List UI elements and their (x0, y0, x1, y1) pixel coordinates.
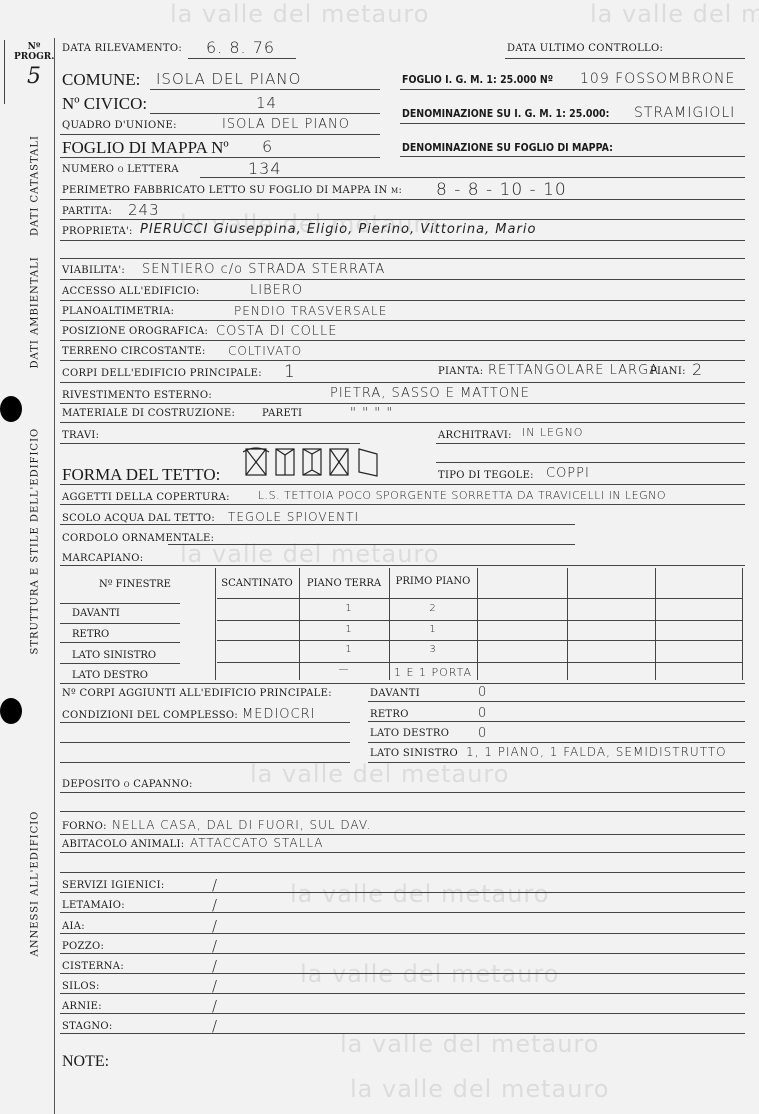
binder-hole (0, 698, 22, 724)
corpi-label: CORPI DELL'EDIFICIO PRINCIPALE: (62, 368, 262, 379)
underline (436, 462, 745, 463)
data-ultimo-controllo-label: DATA ULTIMO CONTROLLO: (507, 43, 663, 54)
underline (150, 89, 380, 90)
underline (150, 113, 380, 114)
annesso-label: STAGNO: (62, 1021, 113, 1032)
aggiunti-retro-label: RETRO (370, 709, 409, 720)
rivestimento-value[interactable]: PIETRA, SASSO E MATTONE (330, 386, 530, 401)
forma-tetto-label: FORMA DEL TETTO: (62, 465, 220, 485)
scolo-value[interactable]: TEGOLE SPIOVENTI (228, 510, 359, 524)
terreno-value[interactable]: COLTIVATO (228, 344, 302, 358)
denom-igm-label: DENOMINAZIONE SU I. G. M. 1: 25.000: (402, 108, 609, 120)
pianta-value[interactable]: RETTANGOLARE LARGA (488, 363, 659, 378)
materiale-label: MATERIALE DI COSTRUZIONE: (62, 408, 235, 419)
section-dati-ambientali: DATI AMBIENTALI (30, 259, 41, 369)
underline (60, 403, 745, 404)
underline (60, 443, 360, 444)
civico-label: Nº CIVICO: (62, 94, 147, 114)
underline (60, 565, 745, 566)
underline (400, 89, 745, 90)
sinistro-primo-piano[interactable]: 3 (389, 644, 477, 655)
row-label-lato-destro: LATO DESTRO (72, 670, 148, 681)
aggiunti-sinistro-value[interactable]: 1, 1 PIANO, 1 FALDA, SEMIDISTRUTTO (466, 745, 727, 759)
annesso-label: ARNIE: (62, 1001, 102, 1012)
section-struttura: STRUTTURA E STILE DELL'EDIFICIO (30, 433, 41, 655)
underline (60, 157, 380, 158)
destro-piano-terra[interactable]: — (299, 664, 389, 675)
condizioni-value[interactable]: MEDIOCRI (242, 707, 315, 722)
note-label: NOTE: (62, 1053, 109, 1071)
progr-value: 5 (14, 64, 54, 89)
viabilita-label: VIABILITA': (62, 265, 125, 276)
accesso-value[interactable]: LIBERO (250, 283, 303, 298)
piani-value[interactable]: 2 (692, 360, 703, 379)
retro-primo-piano[interactable]: 1 (389, 624, 477, 635)
denom-mappa-label: DENOMINAZIONE SU FOGLIO DI MAPPA: (402, 142, 613, 154)
underline (505, 58, 745, 59)
architravi-label: ARCHITRAVI: (438, 430, 512, 441)
underline (368, 762, 745, 763)
underline (60, 360, 745, 361)
underline (60, 219, 745, 220)
margin-rule (54, 38, 55, 1114)
comune-label: COMUNE: (62, 70, 140, 90)
underline (60, 504, 745, 505)
underline (60, 834, 745, 835)
underline (188, 58, 296, 59)
watermark: la valle del metauro (340, 1030, 599, 1058)
data-rilevamento-label: DATA RILEVAMENTO: (62, 43, 182, 54)
foglio-mappa-value[interactable]: 6 (262, 137, 273, 156)
underline (60, 872, 745, 873)
header-primo-piano: PRIMO PIANO (389, 576, 477, 587)
terreno-label: TERRENO CIRCOSTANTE: (62, 346, 206, 357)
section-dati-catastali: DATI CATASTALI (30, 131, 41, 241)
retro-piano-terra[interactable]: 1 (299, 624, 399, 635)
posizione-value[interactable]: COSTA DI COLLE (216, 324, 338, 339)
marcapiano-label: MARCAPIANO: (62, 553, 143, 564)
underline (60, 422, 745, 423)
civico-value[interactable]: 14 (256, 94, 277, 112)
numero-label: NUMERO o LETTERA (62, 164, 179, 175)
underline (60, 742, 350, 743)
underline (60, 382, 745, 383)
watermark: la valle del metauro (350, 1075, 609, 1103)
underline (60, 484, 745, 485)
underline (60, 300, 745, 301)
foglio-mappa-label: FOGLIO DI MAPPA Nº (62, 138, 229, 158)
progr-box-left (4, 40, 5, 104)
header-piano-terra: PIANO TERRA (299, 578, 389, 589)
underline (60, 524, 575, 525)
annesso-label: LETAMAIO: (62, 900, 125, 911)
quadro-value[interactable]: ISOLA DEL PIANO (222, 117, 350, 132)
underline (60, 852, 745, 853)
progr-label: Nº PROGR. (14, 42, 54, 62)
annesso-label: SILOS: (62, 981, 100, 992)
watermark: la valle del metauro (170, 0, 429, 28)
watermark: la valle del metauro (290, 880, 549, 908)
underline (60, 762, 350, 763)
viabilita-value[interactable]: SENTIERO c/o STRADA STERRATA (142, 262, 385, 277)
annesso-label: CISTERNA: (62, 961, 124, 972)
data-rilevamento-value[interactable]: 6. 8. 76 (206, 38, 275, 57)
pianta-label: PIANTA: (438, 366, 483, 377)
sinistro-piano-terra[interactable]: 1 (299, 644, 399, 655)
davanti-piano-terra[interactable]: 1 (299, 603, 399, 614)
aggetti-value[interactable]: L.S. TETTOIA POCO SPORGENTE SORRETTA DA … (258, 489, 666, 502)
pareti-label: PARETI (262, 408, 302, 419)
underline (60, 792, 745, 793)
perimetro-label: PERIMETRO FABBRICATO LETTO SU FOGLIO DI … (62, 185, 402, 196)
forno-value[interactable]: NELLA CASA, DAL DI FUORI, SUL DAV. (112, 818, 371, 832)
foglio-igm-value[interactable]: 109 FOSSOMBRONE (580, 71, 735, 87)
forno-label: FORNO: (62, 821, 107, 832)
underline (60, 134, 380, 135)
header-finestre: Nº FINESTRE (60, 579, 210, 590)
travi-label: TRAVI: (62, 430, 99, 441)
roof-shapes-icon (243, 446, 383, 480)
header-scantinato: SCANTINATO (215, 578, 299, 589)
denom-igm-value[interactable]: STRAMIGIOLI (634, 105, 735, 121)
underline (60, 258, 745, 259)
davanti-primo-piano[interactable]: 2 (389, 603, 477, 614)
perimetro-value[interactable]: 8 - 8 - 10 - 10 (436, 180, 567, 200)
aggiunti-destro-value[interactable]: 0 (478, 726, 487, 741)
pareti-value[interactable]: " " " " (350, 406, 393, 421)
aggiunti-sinistro-label: LATO SINISTRO (370, 748, 458, 759)
row-label-davanti: DAVANTI (72, 608, 120, 619)
corpi-aggiunti-label: Nº CORPI AGGIUNTI ALL'EDIFICIO PRINCIPAL… (62, 688, 332, 699)
binder-hole (0, 396, 22, 422)
abitacolo-animali-value[interactable]: ATTACCATO STALLA (190, 836, 324, 850)
underline (60, 240, 745, 241)
scolo-label: SCOLO ACQUA DAL TETTO: (62, 513, 215, 524)
row-label-lato-sinistro: LATO SINISTRO (72, 650, 156, 661)
partita-value[interactable]: 243 (128, 201, 160, 219)
planoaltimetria-label: PLANOALTIMETRIA: (62, 306, 174, 317)
architravi-value[interactable]: IN LEGNO (522, 426, 583, 439)
annesso-label: AIA: (62, 921, 85, 932)
foglio-igm-label: FOGLIO I. G. M. 1: 25.000 Nº (402, 74, 553, 86)
underline (400, 156, 745, 157)
proprieta-value[interactable]: PIERUCCI Giuseppina, Eligio, Pierino, Vi… (140, 222, 536, 237)
underline (436, 443, 745, 444)
condizioni-label: CONDIZIONI DEL COMPLESSO: (62, 710, 238, 721)
aggiunti-davanti-value[interactable]: 0 (478, 685, 487, 700)
abitacolo-animali-label: ABITACOLO ANIMALI: (62, 839, 184, 850)
underline (60, 811, 745, 812)
underline (200, 177, 745, 178)
cordolo-label: CORDOLO ORNAMENTALE: (62, 533, 214, 544)
destro-primo-piano[interactable]: 1 E 1 PORTA (389, 666, 477, 679)
annesso-label: SERVIZI IGIENICI: (62, 880, 165, 891)
watermark: la valle del metauro (590, 0, 759, 28)
partita-label: PARTITA: (62, 206, 112, 217)
underline (60, 199, 745, 200)
quadro-label: QUADRO D'UNIONE: (62, 120, 177, 131)
comune-value[interactable]: ISOLA DEL PIANO (156, 70, 301, 88)
underline (60, 722, 350, 723)
piani-label: PIANI: (650, 366, 686, 377)
section-annessi: ANNESSI ALL'EDIFICIO (30, 827, 41, 957)
underline (168, 544, 575, 545)
underline (368, 742, 745, 743)
tipo-tegole-value[interactable]: COPPI (546, 466, 590, 481)
row-label-retro: RETRO (72, 629, 109, 640)
deposito-label: DEPOSITO o CAPANNO: (62, 779, 193, 790)
aggetti-label: AGGETTI DELLA COPERTURA: (62, 492, 230, 503)
watermark: la valle del metauro (250, 760, 509, 788)
proprieta-label: PROPRIETA': (62, 226, 133, 237)
tipo-tegole-label: TIPO DI TEGOLE: (438, 470, 534, 481)
annesso-label: POZZO: (62, 941, 104, 952)
underline (60, 340, 745, 341)
underline (368, 721, 745, 722)
numero-value[interactable]: 134 (248, 159, 282, 178)
planoaltimetria-value[interactable]: PENDIO TRASVERSALE (234, 304, 387, 318)
underline (368, 701, 745, 702)
rivestimento-label: RIVESTIMENTO ESTERNO: (62, 390, 212, 401)
underline (60, 279, 745, 280)
watermark: la valle del metauro (300, 960, 559, 988)
posizione-label: POSIZIONE OROGRAFICA: (62, 326, 208, 337)
aggiunti-destro-label: LATO DESTRO (370, 728, 449, 739)
underline (60, 320, 745, 321)
underline (400, 123, 745, 124)
accesso-label: ACCESSO ALL'EDIFICIO: (62, 286, 200, 297)
aggiunti-retro-value[interactable]: 0 (478, 706, 487, 721)
corpi-value[interactable]: 1 (284, 362, 296, 382)
aggiunti-davanti-label: DAVANTI (370, 688, 420, 699)
